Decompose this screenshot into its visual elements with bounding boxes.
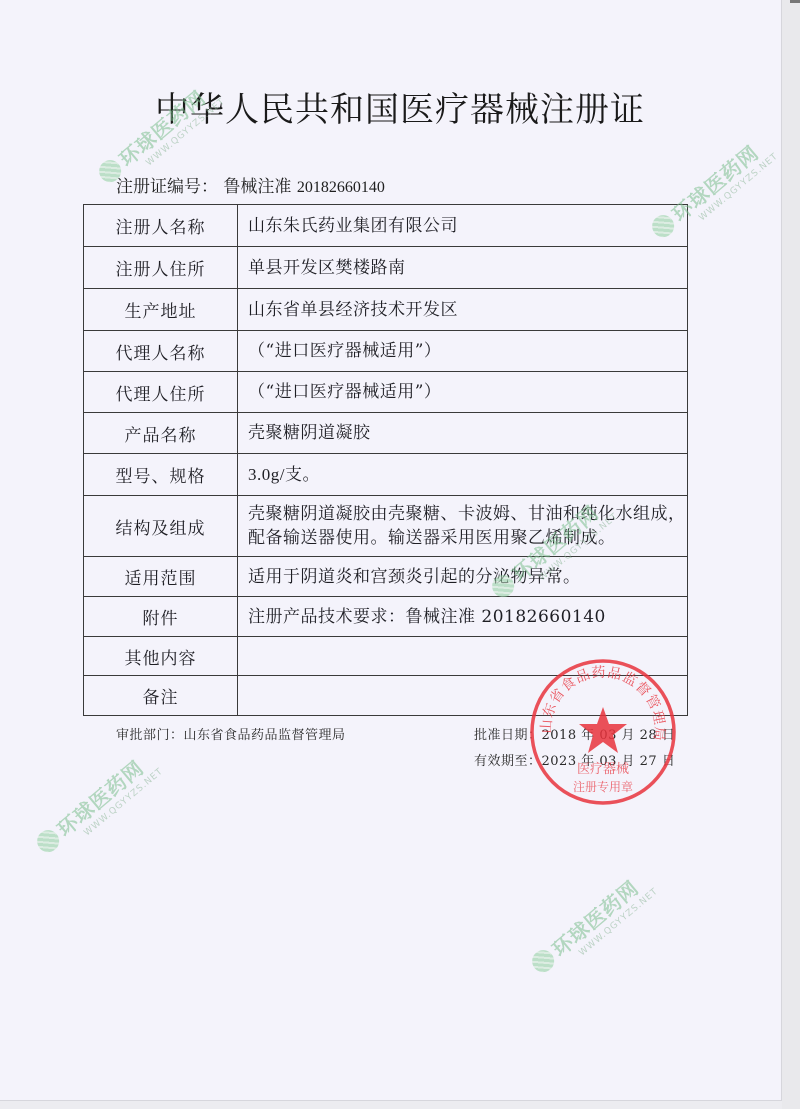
svg-text:医疗器械: 医疗器械 <box>577 761 629 777</box>
row-value: （“进口医疗器械适用”） <box>238 372 688 413</box>
certificate-page: 中华人民共和国医疗器械注册证 注册证编号： 鲁械注准 20182660140 注… <box>0 0 782 1101</box>
row-label: 其他内容 <box>84 637 238 676</box>
row-label: 备注 <box>84 676 238 716</box>
watermark: 环球医药网 WWW.QGYYZS.NET <box>545 864 660 970</box>
table-row: 适用范围 适用于阴道炎和宫颈炎引起的分泌物异常。 <box>84 557 688 597</box>
row-value: 山东朱氏药业集团有限公司 <box>238 205 688 247</box>
row-value-line: 配备输送器使用。输送器采用医用聚乙烯制成。 <box>248 526 687 550</box>
scan-edge <box>782 0 800 1109</box>
row-label: 代理人住所 <box>84 372 238 413</box>
row-label: 注册人名称 <box>84 205 238 247</box>
official-seal-stamp: 山东省食品药品监督管理局 医疗器械 注册专用章 <box>528 657 678 807</box>
row-value: 单县开发区樊楼路南 <box>238 247 688 289</box>
table-row: 产品名称 壳聚糖阴道凝胶 <box>84 413 688 454</box>
registration-number-label: 注册证编号： <box>116 177 218 197</box>
table-row: 代理人住所 （“进口医疗器械适用”） <box>84 372 688 413</box>
watermark: 环球医药网 WWW.QGYYZS.NET <box>665 129 780 235</box>
table-row: 注册人名称 山东朱氏药业集团有限公司 <box>84 205 688 247</box>
registration-number-prefix: 鲁械注准 <box>223 177 291 197</box>
row-value: 壳聚糖阴道凝胶由壳聚糖、卡波姆、甘油和纯化水组成， 配备输送器使用。输送器采用医… <box>238 496 688 557</box>
scan-edge-mark <box>790 0 800 3</box>
row-value: 山东省单县经济技术开发区 <box>238 289 688 331</box>
row-value: （“进口医疗器械适用”） <box>238 331 688 372</box>
registration-number: 20182660140 <box>297 179 385 196</box>
table-row: 代理人名称 （“进口医疗器械适用”） <box>84 331 688 372</box>
row-label: 适用范围 <box>84 557 238 597</box>
table-row: 型号、规格 3.0g/支。 <box>84 454 688 496</box>
row-value-line: 壳聚糖阴道凝胶由壳聚糖、卡波姆、甘油和纯化水组成， <box>248 502 687 526</box>
row-label: 代理人名称 <box>84 331 238 372</box>
row-label: 型号、规格 <box>84 454 238 496</box>
registration-details-table: 注册人名称 山东朱氏药业集团有限公司 注册人住所 单县开发区樊楼路南 生产地址 … <box>83 204 688 716</box>
approval-department: 审批部门：山东省食品药品监督管理局 <box>116 724 346 743</box>
row-value: 注册产品技术要求：鲁械注准 20182660140 <box>238 597 688 637</box>
row-label: 生产地址 <box>84 289 238 331</box>
svg-text:注册专用章: 注册专用章 <box>573 779 633 794</box>
row-label: 注册人住所 <box>84 247 238 289</box>
row-label: 附件 <box>84 597 238 637</box>
row-value: 适用于阴道炎和宫颈炎引起的分泌物异常。 <box>238 557 688 597</box>
row-value: 壳聚糖阴道凝胶 <box>238 413 688 454</box>
table-row: 附件 注册产品技术要求：鲁械注准 20182660140 <box>84 597 688 637</box>
registration-number-line: 注册证编号： 鲁械注准 20182660140 <box>116 172 385 197</box>
table-row: 生产地址 山东省单县经济技术开发区 <box>84 289 688 331</box>
row-value: 3.0g/支。 <box>238 454 688 496</box>
table-row: 注册人住所 单县开发区樊楼路南 <box>84 247 688 289</box>
row-label: 结构及组成 <box>84 496 238 557</box>
watermark: 环球医药网 WWW.QGYYZS.NET <box>50 744 165 850</box>
row-label: 产品名称 <box>84 413 238 454</box>
certificate-title: 中华人民共和国医疗器械注册证 <box>150 82 650 131</box>
